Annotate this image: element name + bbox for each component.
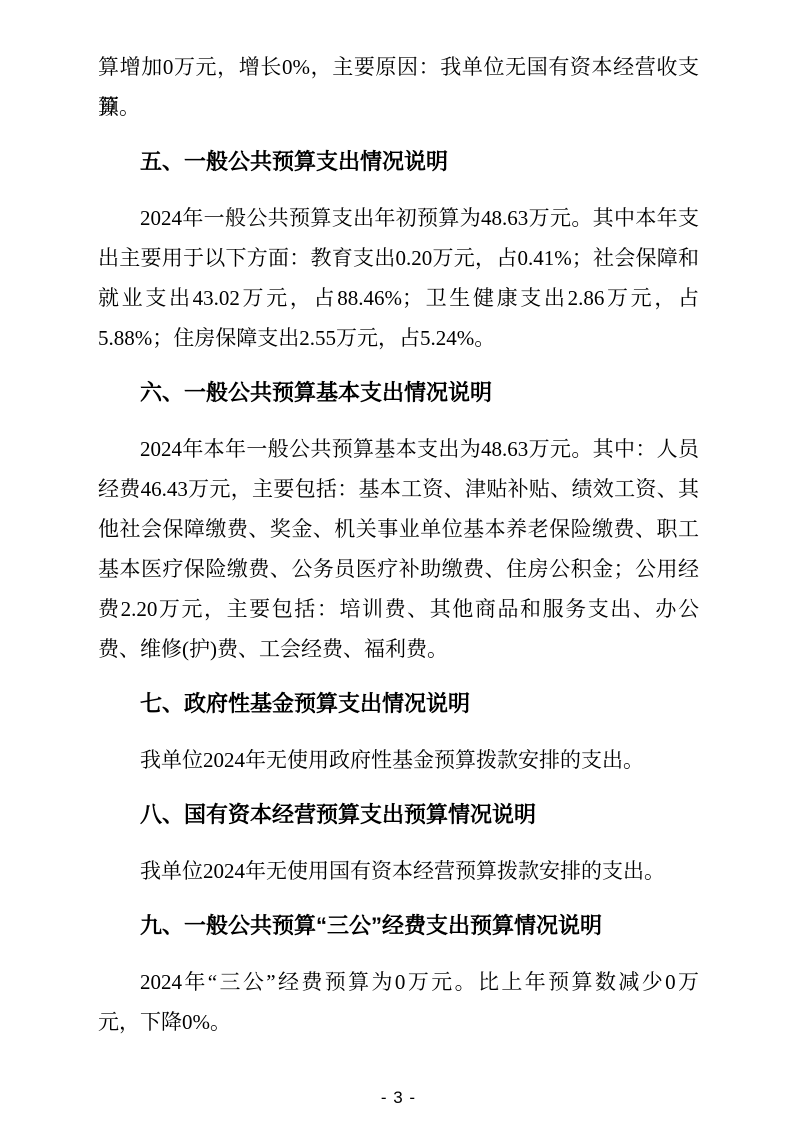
paragraph-line: 我单位2024年无使用国有资本经营预算拨款安排的支出。 xyxy=(98,851,699,891)
section-7: 七、政府性基金预算支出情况说明 我单位2024年无使用政府性基金预算拨款安排的支… xyxy=(98,684,699,780)
leading-paragraph: 算增加0万元，增长0%，主要原因：我单位无国有资本经营收支预 算。 xyxy=(98,47,699,127)
page-number: - 3 - xyxy=(98,1088,699,1108)
section-8-heading: 八、国有资本经营预算支出预算情况说明 xyxy=(98,795,699,835)
paragraph-line: 2024年“三公”经费预算为0万元。比上年预算数减少0万 xyxy=(98,962,699,1002)
section-6: 六、一般公共预算基本支出情况说明 2024年本年一般公共预算基本支出为48.63… xyxy=(98,373,699,669)
paragraph-line: 2024年一般公共预算支出年初预算为48.63万元。其中本年支 xyxy=(98,198,699,238)
section-6-heading: 六、一般公共预算基本支出情况说明 xyxy=(98,373,699,413)
paragraph-line: 费2.20万元，主要包括：培训费、其他商品和服务支出、办公 xyxy=(98,589,699,629)
paragraph-line: 我单位2024年无使用政府性基金预算拨款安排的支出。 xyxy=(98,740,699,780)
paragraph-line: 就业支出43.02万元，占88.46%；卫生健康支出2.86万元，占 xyxy=(98,278,699,318)
paragraph-line: 基本医疗保险缴费、公务员医疗补助缴费、住房公积金；公用经 xyxy=(98,549,699,589)
paragraph-line: 算增加0万元，增长0%，主要原因：我单位无国有资本经营收支预 xyxy=(98,47,699,87)
paragraph-line: 2024年本年一般公共预算基本支出为48.63万元。其中：人员 xyxy=(98,429,699,469)
section-8: 八、国有资本经营预算支出预算情况说明 我单位2024年无使用国有资本经营预算拨款… xyxy=(98,795,699,891)
section-9: 九、一般公共预算“三公”经费支出预算情况说明 2024年“三公”经费预算为0万元… xyxy=(98,906,699,1042)
section-5-heading: 五、一般公共预算支出情况说明 xyxy=(98,142,699,182)
section-9-heading: 九、一般公共预算“三公”经费支出预算情况说明 xyxy=(98,906,699,946)
paragraph-line: 元，下降0%。 xyxy=(98,1002,699,1042)
section-5: 五、一般公共预算支出情况说明 2024年一般公共预算支出年初预算为48.63万元… xyxy=(98,142,699,358)
paragraph-line: 出主要用于以下方面：教育支出0.20万元，占0.41%；社会保障和 xyxy=(98,238,699,278)
paragraph-line: 算。 xyxy=(98,87,699,127)
paragraph-line: 5.88%；住房保障支出2.55万元，占5.24%。 xyxy=(98,318,699,358)
paragraph-line: 费、维修(护)费、工会经费、福利费。 xyxy=(98,629,699,669)
paragraph-line: 经费46.43万元，主要包括：基本工资、津贴补贴、绩效工资、其 xyxy=(98,469,699,509)
document-page: 算增加0万元，增长0%，主要原因：我单位无国有资本经营收支预 算。 五、一般公共… xyxy=(0,0,793,1122)
paragraph-line: 他社会保障缴费、奖金、机关事业单位基本养老保险缴费、职工 xyxy=(98,509,699,549)
section-7-heading: 七、政府性基金预算支出情况说明 xyxy=(98,684,699,724)
